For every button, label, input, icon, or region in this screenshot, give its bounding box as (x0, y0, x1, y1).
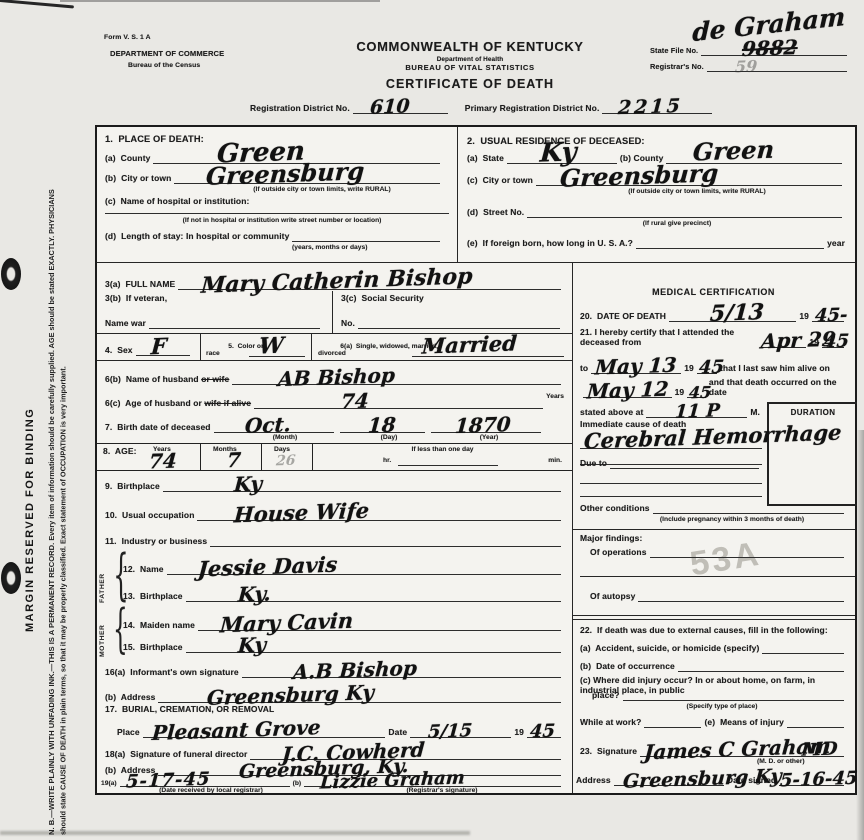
date-of-death-year-prefix: 19 (799, 312, 809, 322)
injury-place-note: (Specify type of place) (632, 703, 812, 710)
registrar-received-label: 19(a) (101, 780, 117, 787)
mother-birthplace-label: 15. Birthplace (123, 643, 183, 653)
section-usual-residence: 2. USUAL RESIDENCE OF DECEASED: (a) Stat… (457, 127, 855, 262)
race-label: 5. Color orrace (206, 336, 264, 357)
s1-county-label: (a) County (105, 154, 150, 164)
husband-age-unit: Years (546, 393, 564, 400)
sex-cell: 4. Sex F (97, 333, 201, 360)
date-occurrence-label: (b) Date of occurrence (580, 662, 675, 672)
s1-stay-label: (d) Length of stay: In hospital or commu… (105, 232, 289, 242)
birthplace-label: 9. Birthplace (105, 482, 160, 492)
occupation-label: 10. Usual occupation (105, 511, 194, 521)
s1-title: 1. PLACE OF DEATH: (105, 134, 204, 145)
funeral-director-label: 18(a) Signature of funeral director (105, 750, 247, 760)
form-number: Form V. S. 1 A (104, 34, 151, 42)
medical-certification-column: MEDICAL CERTIFICATION 20. DATE OF DEATH … (572, 262, 855, 793)
margin-nb-warning-bold: N. B.—WRITE PLAINLY WITH UNFADING INK.—T… (47, 541, 56, 835)
date-of-death-label: 20. DATE OF DEATH (580, 312, 666, 322)
header-department: DEPARTMENT OF COMMERCE (110, 50, 224, 59)
husband-age-label-struck: wife if alive (204, 399, 251, 409)
registrar-signature-caption: (Registrar's signature) (347, 787, 537, 794)
margin-nb-warning: N. B.—WRITE PLAINLY WITH UNFADING INK.—T… (46, 183, 92, 835)
certificate-title: CERTIFICATE OF DEATH (320, 77, 620, 91)
primary-district-value: 2215 (617, 95, 683, 119)
s1-city-label: (b) City or town (105, 174, 171, 184)
duration-box: DURATION (767, 402, 857, 506)
race-cell: 5. Color orrace W (201, 333, 312, 360)
burial-year-prefix: 19 (514, 728, 524, 738)
birth-month-caption: (Month) (225, 434, 345, 443)
header-commonwealth: COMMONWEALTH OF KENTUCKY (320, 40, 620, 55)
duration-label: DURATION (769, 408, 857, 417)
s1-hospital-label: (c) Name of hospital or institution: (105, 197, 249, 207)
marital-cell: 6(a) Single, widowed, married,divorced M… (312, 333, 572, 360)
injury-place-label: place? (592, 691, 620, 701)
marital-value: Married (421, 330, 518, 358)
age-hr-caption: hr. (383, 457, 391, 464)
reg-district-label: Registration District No. (250, 104, 350, 114)
s1-stay-note: (years, months or days) (292, 244, 367, 251)
physician-address-value: Greensburg Ky (622, 765, 782, 793)
age-label: 8. AGE: (103, 447, 137, 457)
last-saw-alive-label: that I last saw him alive on (720, 364, 830, 374)
physician-address-label: Address (576, 776, 611, 786)
registrar-no-value: 59 (734, 57, 758, 77)
s2-state-label: (a) State (467, 154, 504, 164)
physician-md-suffix: MD (802, 738, 839, 760)
accident-suicide-label: (a) Accident, suicide, or homicide (spec… (580, 644, 759, 654)
registration-district-row: Registration District No. 610 Primary Re… (250, 96, 730, 114)
medical-certification-title: MEDICAL CERTIFICATION (572, 287, 855, 297)
husband-name-label: 6(b) Name of husband (105, 375, 201, 385)
full-name-label: 3(a) FULL NAME (105, 280, 175, 290)
veteran-label: 3(b) If veteran, (105, 294, 167, 304)
while-at-work-label: While at work? (580, 718, 641, 728)
birth-date-label: 7. Birth date of deceased (105, 423, 211, 433)
s2-city-label: (c) City or town (467, 176, 533, 186)
informant-signature-label: 16(a) Informant's own signature (105, 668, 239, 678)
mother-name-label: 14. Maiden name (123, 621, 195, 631)
of-operations-label: Of operations (590, 548, 647, 558)
s1-hospital-note: (If not in hospital or institution write… (117, 217, 447, 224)
other-conditions-note: (Include pregnancy within 3 months of de… (632, 516, 832, 523)
s2-foreign-suffix: year (827, 239, 845, 249)
stated-above-label: stated above at (580, 408, 643, 418)
burial-place-label: Place (117, 728, 140, 738)
reg-district-value: 610 (369, 95, 410, 118)
birth-year-caption: (Year) (433, 434, 545, 443)
other-conditions-label: Other conditions (580, 504, 650, 514)
binding-punch-hole-bottom (1, 562, 21, 594)
sex-value: F (150, 334, 167, 361)
father-name-label: 12. Name (123, 565, 164, 575)
ssn-no-label: No. (341, 319, 355, 329)
burial-date-label: Date (388, 728, 407, 738)
primary-district-label: Primary Registration District No. (465, 104, 600, 114)
registrar-received-caption: (Date received by local registrar) (121, 787, 301, 794)
s1-city-note: (If outside city or town limits, write R… (197, 186, 447, 193)
section-place-of-death: 1. PLACE OF DEATH: (a) County Green (b) … (97, 127, 457, 262)
due-to-label: Due to (580, 459, 607, 469)
registrar-sig-prefix: (b) (293, 780, 302, 787)
physician-signature-label: 23. Signature (580, 747, 637, 757)
scan-top-streak (60, 0, 380, 2)
physician-md-caption: (M. D. or other) (757, 758, 805, 765)
informant-address-label: (b) Address (105, 693, 155, 703)
ssn-label: 3(c) Social Security (341, 294, 424, 304)
attended-to-label: to (580, 364, 588, 374)
header-vital-statistics: BUREAU OF VITAL STATISTICS (320, 64, 620, 73)
father-birthplace-label: 13. Birthplace (123, 592, 183, 602)
death-occurred-label: and that death occurred on the date (709, 378, 847, 398)
attended-to-year-prefix: 19 (684, 364, 694, 374)
external-causes-title: 22. If death was due to external causes,… (580, 626, 828, 636)
registrar-no-label: Registrar's No. (650, 63, 704, 72)
age-min-caption: min. (548, 457, 562, 464)
death-certificate-scan: MARGIN RESERVED FOR BINDING N. B.—WRITE … (0, 0, 864, 840)
binding-punch-hole-top (1, 258, 21, 290)
s2-foreign-label: (e) If foreign born, how long in U. S. A… (467, 239, 633, 249)
registrar-no-row: Registrar's No. 59 (650, 56, 850, 72)
attended-from-label: 21. I hereby certify that I attended the… (580, 328, 758, 348)
s2-street-note: (If rural give precinct) (567, 220, 787, 227)
of-autopsy-label: Of autopsy (590, 592, 635, 602)
husband-age-label: 6(c) Age of husband or (105, 399, 204, 409)
s2-street-label: (d) Street No. (467, 208, 524, 218)
state-file-label: State File No. (650, 47, 698, 56)
mother-side-label: MOTHER (99, 605, 106, 657)
last-saw-year-prefix: 19 (675, 388, 685, 398)
personal-column: 3(a) FULL NAME Mary Catherin Bishop 3(b)… (97, 262, 572, 793)
means-of-injury-label: (e) Means of injury (704, 718, 783, 728)
date-signed-value: 5-16-45 (780, 768, 859, 792)
death-hour-m-label: M. (750, 408, 760, 418)
certificate-form-body: 1. PLACE OF DEATH: (a) County Green (b) … (95, 125, 857, 795)
marital-label: 6(a) Single, widowed, married,divorced (318, 336, 438, 357)
father-side-label: FATHER (99, 549, 106, 603)
date-of-death-value: 5/13 (709, 299, 765, 327)
age-less-caption: If less than one day (313, 446, 572, 453)
husband-name-label-struck: or wife (201, 375, 229, 385)
veteran-war-label: Name war (105, 319, 146, 329)
header-bureau: Bureau of the Census (128, 62, 200, 70)
birth-day-caption: (Day) (345, 434, 433, 443)
sex-label: 4. Sex (105, 346, 133, 356)
margin-binding-note: MARGIN RESERVED FOR BINDING (24, 322, 36, 632)
s2-city-note: (If outside city or town limits, write R… (567, 188, 827, 195)
